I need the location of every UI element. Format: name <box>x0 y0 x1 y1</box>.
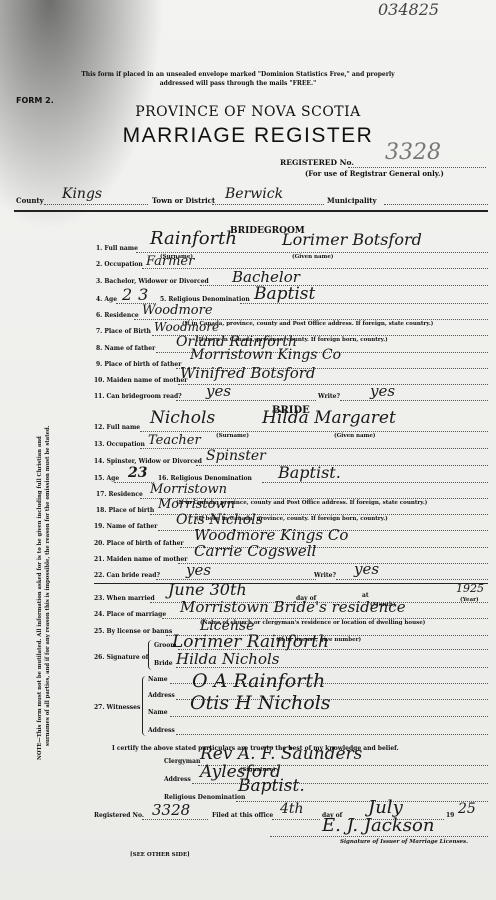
bride-status-label: 14. Spinster, Widow or Divorced <box>94 458 202 465</box>
bride-write: yes <box>354 560 379 578</box>
municipality-line <box>384 204 488 205</box>
issuer-signature: E. J. Jackson <box>322 815 434 836</box>
groom-full-name-line <box>136 252 488 253</box>
bride-religion: Baptist. <box>278 463 341 482</box>
groom-father-label: 8. Name of father <box>96 345 155 352</box>
groom-write: yes <box>370 382 395 400</box>
groom-read-line <box>176 400 316 401</box>
groom-given-caption: (Given name) <box>292 254 333 260</box>
groom-mother: Winifred Botsford <box>180 364 316 382</box>
bride-section-divider <box>94 583 488 584</box>
groom-age: 23 <box>122 285 154 304</box>
groom-father-birthplace: Morristown Kings Co <box>190 347 341 363</box>
filed-day: 4th <box>280 801 304 817</box>
year-caption: (Year) <box>460 597 479 603</box>
clergy-religion-label: Religious Denomination <box>164 794 245 801</box>
groom-status-label: 3. Bachelor, Widower or Divorced <box>96 278 209 285</box>
bride-father-birthplace-label: 20. Place of birth of father <box>94 540 184 547</box>
bride-age-line <box>114 482 154 483</box>
bride-birthplace: Morristown <box>158 497 235 512</box>
place-of-marriage: Morristown Bride's residence <box>180 598 406 616</box>
bride-occupation-line <box>140 448 488 449</box>
registered-no-note: (For use of Registrar General only.) <box>305 169 444 178</box>
witness2-address-line <box>176 734 488 735</box>
filed-year-prefix: 19 <box>446 812 454 819</box>
groom-occupation-label: 2. Occupation <box>96 261 143 268</box>
mail-notice-line1: This form if placed in an unsealed envel… <box>48 71 428 78</box>
groom-age-label: 4. Age <box>96 296 117 303</box>
groom-religion-label: 5. Religious Denomination <box>160 296 250 303</box>
groom-residence-caption: (If in Canada, province, county and Post… <box>182 321 433 327</box>
bride-surname: Nichols <box>150 408 215 428</box>
bride-status-line <box>196 465 488 466</box>
bride-signature-label: Bride <box>154 660 173 667</box>
registered-no-label: REGISTERED No. <box>280 158 354 167</box>
side-note: NOTE—This form must not be mutilated. Al… <box>36 320 52 760</box>
witness1-address-label: Address <box>148 692 175 699</box>
bride-full-name-label: 12. Full name <box>94 424 140 431</box>
groom-signature: Lorimer Rainforth <box>172 632 329 652</box>
county-line <box>44 204 148 205</box>
bride-birthplace-label: 18. Place of birth <box>96 507 154 514</box>
bride-write-line <box>336 579 488 580</box>
bride-residence: Morristown <box>150 482 227 497</box>
signature-of-label: 26. Signature of <box>94 654 148 661</box>
province-heading: PROVINCE OF NOVA SCOTIA <box>0 104 496 120</box>
archive-stamp: 034825 <box>378 0 439 19</box>
witness2-address-label: Address <box>148 727 175 734</box>
clergy-address-line <box>192 783 488 784</box>
bride-given-name: Hilda Margaret <box>262 408 396 428</box>
witness2-name: Otis H Nichols <box>190 692 331 714</box>
marriage-register-document: 034825 This form if placed in an unseale… <box>0 0 496 900</box>
filed-year-suffix: 25 <box>458 801 476 817</box>
issuer-signature-line <box>270 836 488 837</box>
town-label: Town or District <box>152 196 215 205</box>
groom-father-birthplace-label: 9. Place of birth of father <box>96 361 181 368</box>
bride-mother-line <box>178 563 488 564</box>
issuer-caption: Signature of Issuer of Marriage Licenses… <box>340 839 468 845</box>
when-married-label: 23. When married <box>94 595 155 602</box>
filing-registered-value: 3328 <box>152 801 190 819</box>
groom-given-name: Lorimer Botsford <box>282 230 422 249</box>
clergyman-signature: Rev A. F. Saunders <box>200 744 362 764</box>
witnesses-label: 27. Witnesses <box>94 704 140 711</box>
marriage-day: June 30th <box>168 580 247 599</box>
bride-signature: Hilda Nichols <box>176 650 280 668</box>
filing-registered-label: Registered No. <box>94 812 144 819</box>
witness2-name-line <box>170 716 488 717</box>
bride-mother-label: 21. Maiden name of mother <box>94 556 187 563</box>
groom-birthplace-label: 7. Place of Birth <box>96 328 151 335</box>
place-of-marriage-label: 24. Place of marriage <box>94 611 166 618</box>
license-label: 25. By license or banns <box>94 628 172 635</box>
groom-write-label: Write? <box>318 393 340 400</box>
groom-full-name-label: 1. Full name <box>96 245 138 252</box>
witnesses-brace <box>142 676 147 736</box>
filed-label: Filed at this office <box>212 812 273 819</box>
marriage-year: 1925 <box>456 582 484 595</box>
bride-religion-label: 16. Religious Denomination <box>158 475 252 482</box>
bride-occupation-label: 13. Occupation <box>94 441 145 448</box>
bride-residence-label: 17. Residence <box>96 491 143 498</box>
groom-residence-label: 6. Residence <box>96 312 139 319</box>
groom-read-label: 11. Can bridegroom read? <box>94 393 182 400</box>
bride-religion-line <box>262 482 488 483</box>
groom-birthplace: Woodmore <box>154 320 219 334</box>
header-divider <box>14 210 488 212</box>
municipality-label: Municipality <box>327 196 377 205</box>
county-value: Kings <box>62 186 102 202</box>
filing-registered-line <box>142 819 208 820</box>
bride-occupation: Teacher <box>148 433 201 448</box>
town-line <box>212 204 324 205</box>
filed-day-line <box>272 819 320 820</box>
signature-brace <box>148 640 153 670</box>
town-value: Berwick <box>225 186 283 202</box>
bride-status: Spinster <box>206 448 266 464</box>
groom-write-line <box>340 400 488 401</box>
registered-no-line <box>348 167 486 168</box>
bride-write-label: Write? <box>314 572 336 579</box>
bride-full-name-line <box>140 431 488 432</box>
witness2-name-label: Name <box>148 709 168 716</box>
groom-mother-label: 10. Maiden name of mother <box>94 377 187 384</box>
mail-notice-line2: addressed will pass through the mails "F… <box>48 80 428 87</box>
bride-age-label: 15. Age <box>94 475 119 482</box>
bride-age: 23 <box>128 465 147 481</box>
bride-given-caption: (Given name) <box>334 433 375 439</box>
clergy-religion-line <box>236 801 488 802</box>
county-label: County <box>16 196 44 205</box>
witness1-name: O A Rainforth <box>192 670 325 692</box>
groom-occupation: Farmer <box>146 254 194 269</box>
clergy-address-label: Address <box>164 776 191 783</box>
clergy-religion: Baptist. <box>238 776 305 796</box>
bride-mother: Carrie Cogswell <box>194 542 316 560</box>
witness1-name-label: Name <box>148 676 168 683</box>
bride-read-label: 22. Can bride read? <box>94 572 160 579</box>
groom-religion: Baptist <box>254 284 315 304</box>
bride-read: yes <box>186 561 211 579</box>
groom-read: yes <box>206 382 231 400</box>
groom-surname: Rainforth <box>150 228 237 249</box>
groom-residence: Woodmore <box>142 303 213 318</box>
clergyman-label: Clergyman <box>164 758 200 765</box>
bride-surname-caption: (Surname) <box>216 433 249 439</box>
registered-no-value: 3328 <box>385 140 441 165</box>
see-other-side: [SEE OTHER SIDE] <box>130 852 190 858</box>
bride-father-label: 19. Name of father <box>94 523 157 530</box>
